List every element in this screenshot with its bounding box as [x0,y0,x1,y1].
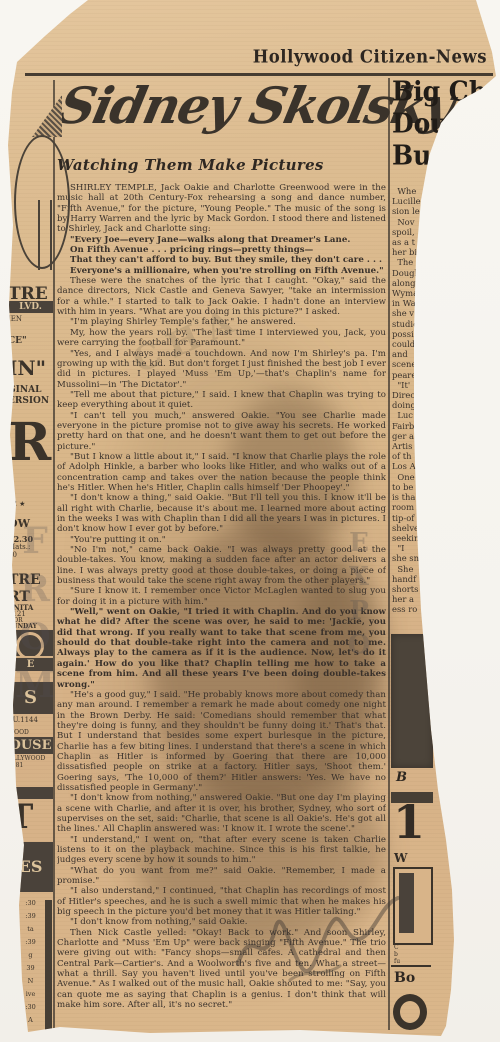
article-paragraph: "Every Joe—every Jane—walks along that D… [57,235,386,245]
ad-ring-icon [16,632,44,656]
photo-caption-fragment: B [396,770,407,785]
columnist-signature: Sidney Skolsky [54,76,402,135]
ad-fragment: ERSION [8,396,53,406]
article-paragraph: SHIRLEY TEMPLE, Jack Oakie and Charlotte… [57,183,386,235]
ad-caption-fragment: Cbfu [394,944,400,965]
article-paragraph: "I'm playing Shirley Temple's father," h… [57,317,386,327]
ad-text-fragment: Bo [394,970,415,986]
article-paragraph: "Sure I know it. I remember once Victor … [57,586,386,607]
ad-fragment: WOOD [8,729,53,736]
article-paragraph: "I also understand," I continued, "that … [57,886,386,917]
article-paragraph: "I don't know from nothing," answered Oa… [57,793,386,834]
article-paragraph: "Tell me about that picture," I said. I … [57,390,386,411]
ad-illustration [32,95,62,137]
ad-caption-line: b [394,951,400,958]
ad-logo-fragment [393,994,427,1030]
article-paragraph: Everyone's a millionaire, when you're st… [57,266,386,276]
ad-fragment: TRE [8,572,53,588]
ad-box-art [399,873,414,933]
article-paragraph: "No I'm not," came back Oakie. "I was al… [57,545,386,586]
article-paragraph: "You're putting it on." [57,535,386,545]
article-paragraph: "Well," went on Oakie, "I tried it with … [57,607,386,690]
ad-text-fragment: W [394,851,407,865]
article-paragraph: Then Nick Castle yelled: "Okay! Back to … [57,928,386,1011]
ad-fragment: OUSE [8,737,53,754]
column-rule-right [388,78,390,1030]
ad-fragment: LVD. [8,301,53,313]
newspaper-masthead: Hollywood Citizen-News [253,47,487,67]
ad-fragment: R [8,412,53,473]
article-paragraph: "Yes, and I always made a touchdown. And… [57,349,386,390]
ad-fragment: 20 [8,551,53,559]
ad-fragment: IN" [8,356,53,380]
ad-fragment: GINAL [8,385,53,395]
ad-caption-line: C [394,944,400,951]
ad-caption-line: fu [394,958,400,965]
article-paragraph: "But I know a little about it," I said. … [57,452,386,493]
article-paragraph: That they can't afford to buy. But they … [57,255,386,265]
article-body: SHIRLEY TEMPLE, Jack Oakie and Charlotte… [57,183,386,1032]
article-paragraph: "I don't know a thing," said Oakie. "But… [57,493,386,534]
ad-digit-fragment: 1 [393,798,425,846]
ad-box-fragment [393,867,433,945]
article-paragraph: "What do you want from me?" said Oakie. … [57,866,386,887]
ad-fragment: CE" [8,336,53,346]
ad-rule-fragment [391,965,431,967]
article-paragraph: "He's a good guy," I said. "He probably … [57,690,386,793]
article-paragraph: "I understand," I went on, "that after e… [57,835,386,866]
ad-fragment: IEN [8,315,53,323]
ad-fragment: TU.1144 [8,716,53,724]
ad-fragment: S [8,682,53,714]
column-subtitle: Watching Them Make Pictures [57,156,324,174]
article-paragraph: These were the snatches of the lyric tha… [57,276,386,317]
ad-illustration [38,200,52,270]
article-paragraph: "I can't tell you much," answered Oakie.… [57,411,386,452]
article-paragraph: "I don't know from nothing," said Oakie. [57,917,386,927]
article-paragraph: My, how the years roll by. "The last tim… [57,328,386,349]
article-paragraph: On Fifth Avenue . . . pricing rings—pret… [57,245,386,255]
ad-fragment: Mats.: [8,543,53,551]
